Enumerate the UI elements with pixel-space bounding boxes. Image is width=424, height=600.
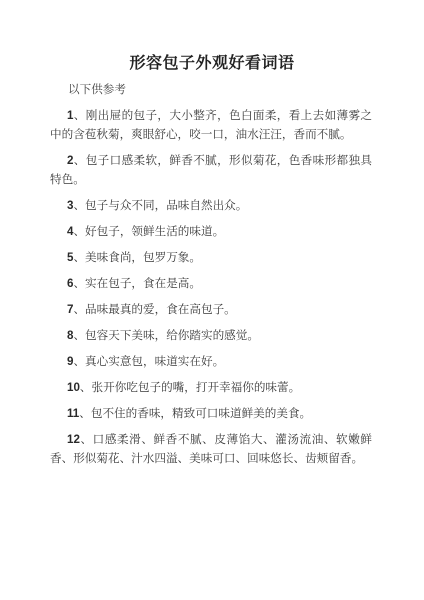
list-item-7: 7、品味最真的爱，食在高包子。: [50, 300, 372, 319]
list-item-4: 4、好包子，领鲜生活的味道。: [50, 222, 372, 241]
item-text: 、真心实意包，味道实在好。: [73, 354, 224, 368]
list-item-8: 8、包容天下美味，给你踏实的感觉。: [50, 326, 372, 345]
list-item-2: 2、包子口感柔软，鲜香不腻，形似菊花，色香味形都独具特色。: [50, 151, 372, 189]
document-page: 形容包子外观好看词语 以下供参考 1、刚出屉的包子，大小整齐，色白面柔，看上去如…: [0, 0, 424, 600]
list-item-12: 12、口感柔滑、鲜香不腻、皮薄馅大、灌汤流油、软嫩鲜香、形似菊花、汁水四溢、美味…: [50, 430, 372, 468]
list-item-6: 6、实在包子，食在是高。: [50, 274, 372, 293]
item-text: 、好包子，领鲜生活的味道。: [73, 224, 224, 238]
list-item-10: 10、张开你吃包子的嘴，打开幸福你的味蕾。: [50, 378, 372, 397]
intro-text: 以下供参考: [50, 80, 372, 99]
list-item-1: 1、刚出屉的包子，大小整齐，色白面柔，看上去如薄雾之中的含苞秋菊，爽眼舒心，咬一…: [50, 106, 372, 144]
item-text: 、实在包子，食在是高。: [73, 276, 201, 290]
item-text: 、刚出屉的包子，大小整齐，色白面柔，看上去如薄雾之中的含苞秋菊，爽眼舒心，咬一口…: [50, 108, 372, 141]
item-text: 、美味食尚，包罗万象。: [73, 250, 201, 264]
item-text: 、品味最真的爱，食在高包子。: [73, 302, 235, 316]
item-text: 、包容天下美味，给你踏实的感觉。: [73, 328, 259, 342]
list-item-11: 11、包不住的香味，精致可口味道鲜美的美食。: [50, 404, 372, 423]
document-title: 形容包子外观好看词语: [0, 50, 424, 73]
item-text: 、包子口感柔软，鲜香不腻，形似菊花，色香味形都独具特色。: [50, 153, 372, 186]
list-item-3: 3、包子与众不同，品味自然出众。: [50, 196, 372, 215]
item-text: 、包不住的香味，精致可口味道鲜美的美食。: [79, 406, 311, 420]
document-body: 以下供参考 1、刚出屉的包子，大小整齐，色白面柔，看上去如薄雾之中的含苞秋菊，爽…: [50, 80, 372, 475]
item-text: 、口感柔滑、鲜香不腻、皮薄馅大、灌汤流油、软嫩鲜香、形似菊花、汁水四溢、美味可口…: [50, 432, 372, 465]
item-text: 、张开你吃包子的嘴，打开幸福你的味蕾。: [80, 380, 300, 394]
list-item-5: 5、美味食尚，包罗万象。: [50, 248, 372, 267]
item-number: 12: [67, 433, 80, 446]
item-number: 10: [67, 381, 80, 394]
item-text: 、包子与众不同，品味自然出众。: [73, 198, 247, 212]
item-number: 11: [67, 407, 79, 420]
list-item-9: 9、真心实意包，味道实在好。: [50, 352, 372, 371]
